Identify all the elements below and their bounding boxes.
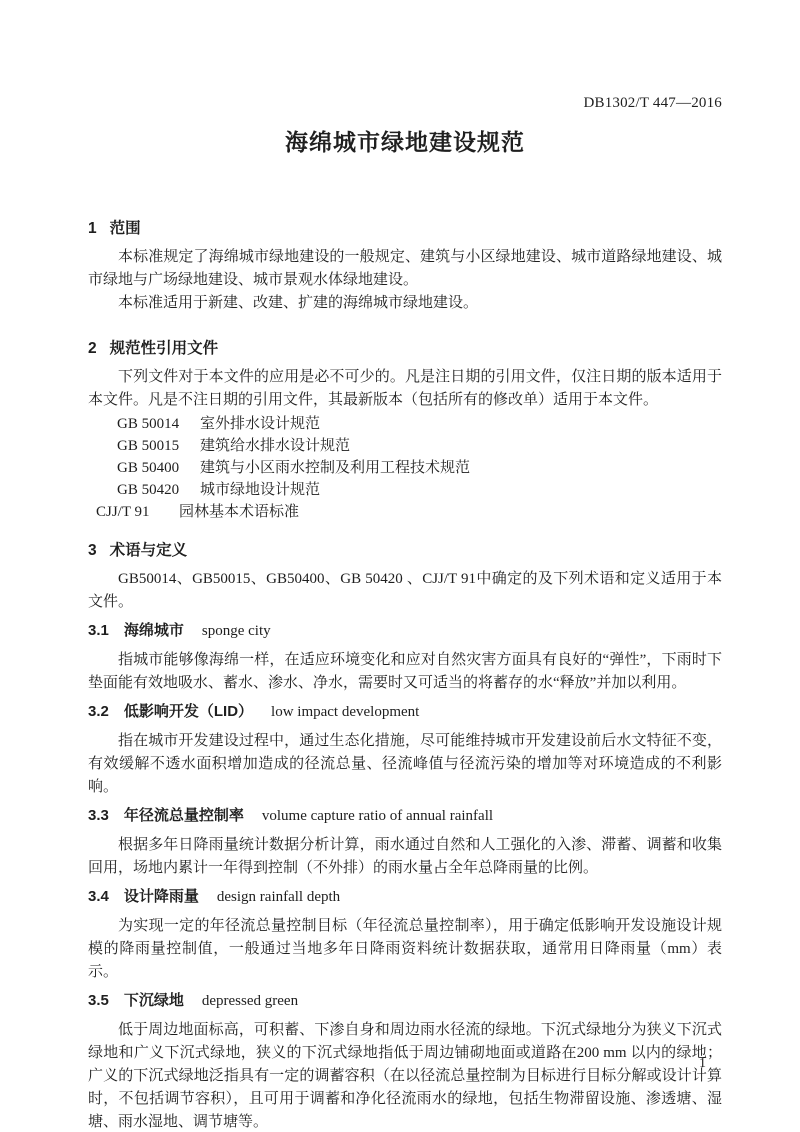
term-zh: 海绵城市 [124,622,184,639]
term-en: sponge city [202,623,271,639]
reference-code: CJJ/T 91 [96,501,179,523]
term-definition: 指在城市开发建设过程中，通过生态化措施，尽可能维持城市开发建设前后水文特征不变，… [88,730,722,799]
term-heading: 3.2低影响开发（LID）low impact development [88,702,722,722]
term-en: low impact development [271,704,419,720]
reference-code: GB 50014 [117,413,200,435]
reference-title: 城市绿地设计规范 [200,482,320,498]
term-number: 3.5 [88,991,109,1010]
term-zh: 设计降雨量 [124,888,199,905]
term-block: 3.1海绵城市sponge city 指城市能够像海绵一样，在适应环境变化和应对… [88,621,722,695]
reference-code: GB 50015 [117,435,200,457]
paragraph: 本标准适用于新建、改建、扩建的海绵城市绿地建设。 [88,292,722,315]
doc-code: DB1302/T 447—2016 [88,94,722,112]
reference-title: 建筑与小区雨水控制及利用工程技术规范 [200,460,470,476]
term-block: 3.5下沉绿地depressed green 低于周边地面标高，可积蓄、下渗自身… [88,991,722,1132]
section-terms-definitions: 3术语与定义 GB50014、GB50015、GB50400、GB 50420 … [88,541,722,1132]
term-definition: 为实现一定的年径流总量控制目标（年径流总量控制率），用于确定低影响开发设施设计规… [88,915,722,984]
term-block: 3.3年径流总量控制率volume capture ratio of annua… [88,806,722,880]
term-number: 3.2 [88,702,109,721]
reference-item: GB 50420城市绿地设计规范 [88,479,722,501]
doc-title: 海绵城市绿地建设规范 [88,127,722,157]
term-definition: 低于周边地面标高，可积蓄、下渗自身和周边雨水径流的绿地。下沉式绿地分为狭义下沉式… [88,1019,722,1132]
term-block: 3.2低影响开发（LID）low impact development 指在城市… [88,702,722,799]
term-en: depressed green [202,993,298,1009]
reference-title: 室外排水设计规范 [200,416,320,432]
term-number: 3.1 [88,621,109,640]
section-heading: 2规范性引用文件 [88,339,722,358]
term-heading: 3.3年径流总量控制率volume capture ratio of annua… [88,806,722,826]
reference-item: GB 50400建筑与小区雨水控制及利用工程技术规范 [88,457,722,479]
term-zh: 年径流总量控制率 [124,807,244,824]
reference-code: GB 50400 [117,457,200,479]
term-number: 3.3 [88,806,109,825]
paragraph: 下列文件对于本文件的应用是必不可少的。凡是注日期的引用文件，仅注日期的版本适用于… [88,366,722,412]
paragraph: 本标准规定了海绵城市绿地建设的一般规定、建筑与小区绿地建设、城市道路绿地建设、城… [88,246,722,292]
references-list: GB 50014室外排水设计规范 GB 50015建筑给水排水设计规范 GB 5… [88,413,722,523]
reference-item: CJJ/T 91园林基本术语标准 [88,501,722,523]
section-number: 3 [88,541,97,560]
term-en: design rainfall depth [217,889,340,905]
term-definition: 指城市能够像海绵一样，在适应环境变化和应对自然灾害方面具有良好的“弹性”，下雨时… [88,649,722,695]
reference-code: GB 50420 [117,479,200,501]
term-number: 3.4 [88,887,109,906]
term-en: volume capture ratio of annual rainfall [262,808,493,824]
page-number: 1 [699,1056,706,1072]
term-zh: 下沉绿地 [124,992,184,1009]
term-block: 3.4设计降雨量design rainfall depth 为实现一定的年径流总… [88,887,722,984]
section-number: 1 [88,219,97,238]
paragraph: GB50014、GB50015、GB50400、GB 50420 、CJJ/T … [88,568,722,614]
reference-item: GB 50015建筑给水排水设计规范 [88,435,722,457]
term-heading: 3.4设计降雨量design rainfall depth [88,887,722,907]
document-page: DB1302/T 447—2016 海绵城市绿地建设规范 1范围 本标准规定了海… [0,0,800,1132]
reference-title: 建筑给水排水设计规范 [200,438,350,454]
reference-item: GB 50014室外排水设计规范 [88,413,722,435]
section-title: 规范性引用文件 [110,340,219,357]
section-normative-references: 2规范性引用文件 下列文件对于本文件的应用是必不可少的。凡是注日期的引用文件，仅… [88,339,722,523]
reference-title: 园林基本术语标准 [179,504,299,520]
section-heading: 1范围 [88,219,722,238]
section-scope: 1范围 本标准规定了海绵城市绿地建设的一般规定、建筑与小区绿地建设、城市道路绿地… [88,219,722,315]
section-title: 术语与定义 [110,542,188,559]
term-definition: 根据多年日降雨量统计数据分析计算，雨水通过自然和人工强化的入渗、滞蓄、调蓄和收集… [88,834,722,880]
term-heading: 3.1海绵城市sponge city [88,621,722,641]
section-number: 2 [88,339,97,358]
section-title: 范围 [110,220,141,237]
section-heading: 3术语与定义 [88,541,722,560]
page-content: DB1302/T 447—2016 海绵城市绿地建设规范 1范围 本标准规定了海… [88,94,722,1132]
term-zh: 低影响开发（LID） [124,703,253,720]
term-heading: 3.5下沉绿地depressed green [88,991,722,1011]
